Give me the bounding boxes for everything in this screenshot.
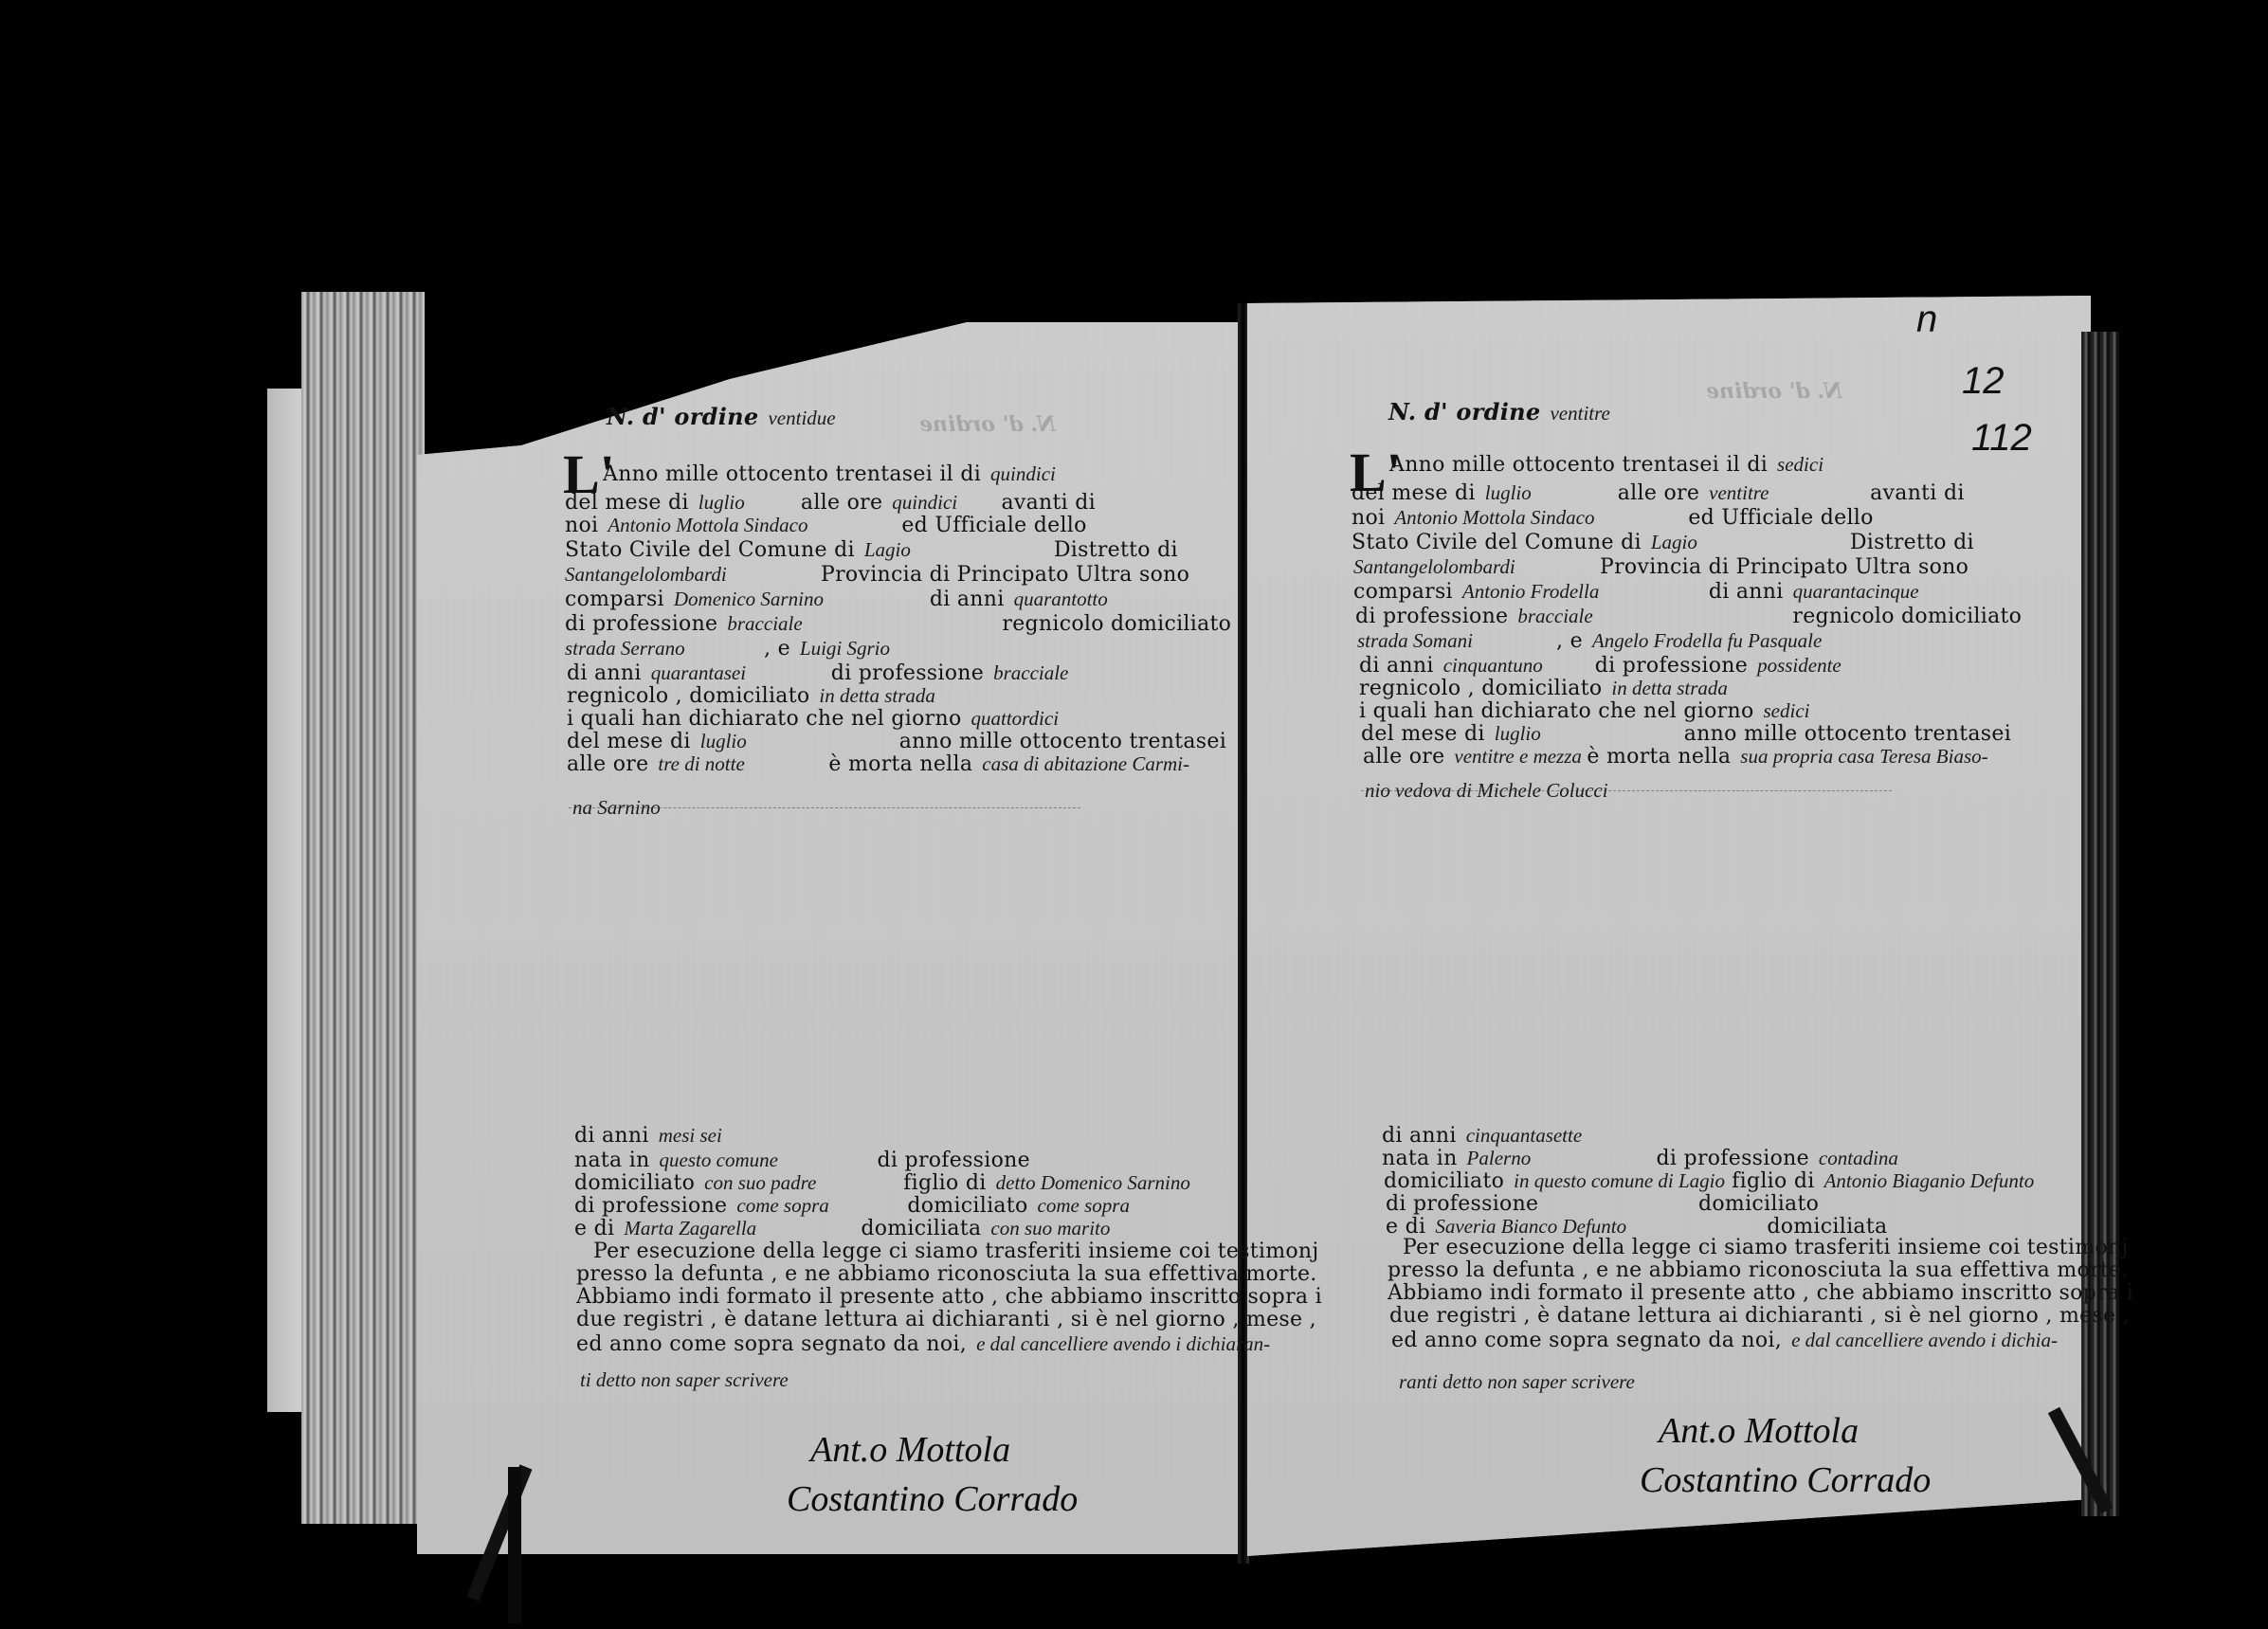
order-value: ventitre <box>1550 402 1609 425</box>
right-closing-1: Per esecuzione della legge ci siamo tras… <box>1403 1238 2129 1258</box>
bleed-through-left: N. d' ordine <box>919 412 1056 437</box>
left-lower-1: di anni mesi sei <box>574 1124 722 1148</box>
left-rule-line <box>569 807 1080 808</box>
right-line-5: Santangelolombardi Provincia di Principa… <box>1353 555 1969 579</box>
corner-mark-12: 12 <box>1962 360 2005 403</box>
right-line-3: noi Antonio Mottola Sindaco ed Ufficiale… <box>1352 506 1874 530</box>
left-line-2: del mese di luglio alle ore quindici ava… <box>565 491 1096 515</box>
left-closing-1: Per esecuzione della legge ci siamo tras… <box>593 1241 1319 1262</box>
right-line-11: i quali han dichiarato che nel giorno se… <box>1359 699 1809 723</box>
left-closing-4: due registri , è datane lettura ai dichi… <box>576 1310 1316 1330</box>
right-closing-3: Abbiamo indi formato il presente atto , … <box>1388 1283 2133 1304</box>
left-closing-5: ed anno come sopra segnato da noi, e dal… <box>576 1332 1270 1356</box>
right-line-6: comparsi Antonio Frodella di anni quaran… <box>1353 580 1919 604</box>
left-closing-hand-2: ti detto non saper scrivere <box>580 1370 789 1390</box>
bleed-through-right: N. d' ordine <box>1706 379 1842 404</box>
right-line-1: Anno mille ottocento trentasei il di sed… <box>1389 453 1823 477</box>
right-closing-2: presso la defunta , e ne abbiamo riconos… <box>1388 1260 2129 1281</box>
right-lower-1: di anni cinquantasette <box>1382 1124 1582 1148</box>
left-lower-2: nata in questo comune di professione <box>574 1149 1030 1172</box>
corner-mark-n: n <box>1916 299 1937 341</box>
right-signature-clerk: Costantino Corrado <box>1640 1459 1931 1501</box>
right-line-4: Stato Civile del Comune di Lagio Distret… <box>1352 531 1974 554</box>
left-line-13: alle ore tre di notte è morta nella casa… <box>567 752 1189 776</box>
left-signature-mayor: Ant.o Mottola <box>810 1429 1010 1471</box>
left-order-number: N. d' ordine ventidue <box>607 403 836 430</box>
right-closing-5: ed anno come sopra segnato da noi, e dal… <box>1391 1329 2058 1352</box>
left-line-6: comparsi Domenico Sarnino di anni quaran… <box>565 588 1108 611</box>
left-line-10: regnicolo , domiciliato in detta strada <box>567 684 935 708</box>
left-lower-4: di professione come sopra domiciliato co… <box>574 1194 1130 1218</box>
right-line-7: di professione bracciale regnicolo domic… <box>1355 605 2022 628</box>
left-line-11: i quali han dichiarato che nel giorno qu… <box>567 707 1059 731</box>
right-line-9: di anni cinquantuno di professione possi… <box>1359 654 1842 678</box>
left-closing-3: Abbiamo indi formato il presente atto , … <box>576 1287 1322 1308</box>
order-label: N. d' ordine <box>1388 398 1540 425</box>
right-closing-4: due registri , è datane lettura ai dichi… <box>1389 1306 2130 1327</box>
right-rule-line <box>1361 790 1892 791</box>
right-signature-mayor: Ant.o Mottola <box>1659 1410 1859 1452</box>
book-page-stack <box>301 292 425 1524</box>
right-closing-hand-2: ranti detto non saper scrivere <box>1399 1372 1635 1392</box>
right-lower-3: domiciliato in questo comune di Lagio fi… <box>1384 1169 2034 1193</box>
left-line-7: di professione bracciale regnicolo domic… <box>565 612 1231 636</box>
order-value: ventidue <box>768 407 835 430</box>
open-register-book: N. d' ordine N. d' ordine n 12 112 N. d'… <box>0 0 2268 1629</box>
left-lower-5: e di Marta Zagarella domiciliata con suo… <box>574 1217 1110 1240</box>
left-line-4: Stato Civile del Comune di Lagio Distret… <box>565 538 1178 562</box>
ribbon-marker-left-2 <box>508 1467 521 1623</box>
order-label: N. d' ordine <box>607 403 758 430</box>
right-line-12: del mese di luglio anno mille ottocento … <box>1361 722 2011 746</box>
left-line-9: di anni quarantasei di professione bracc… <box>567 661 1068 685</box>
right-line-13: alle ore ventitre e mezza è morta nella … <box>1363 745 1988 769</box>
corner-mark-112: 112 <box>1971 417 2032 460</box>
book-right-edge <box>2081 332 2119 1516</box>
left-line-8: strada Serrano , e Luigi Sgrio <box>565 637 890 661</box>
left-line-5: Santangelolombardi Provincia di Principa… <box>565 563 1189 587</box>
right-line-8: strada Somani , e Angelo Frodella fu Pas… <box>1357 629 1822 653</box>
left-closing-2: presso la defunta , e ne abbiamo riconos… <box>576 1264 1317 1285</box>
right-order-number: N. d' ordine ventitre <box>1388 398 1610 425</box>
right-lower-2: nata in Palerno di professione contadina <box>1382 1147 1898 1170</box>
right-line-2: del mese di luglio alle ore ventitre ava… <box>1352 481 1965 505</box>
left-lower-3: domiciliato con suo padre figlio di dett… <box>574 1171 1190 1195</box>
left-line-3: noi Antonio Mottola Sindaco ed Ufficiale… <box>565 514 1087 537</box>
left-line-12: del mese di luglio anno mille ottocento … <box>567 730 1226 753</box>
left-line-1: Anno mille ottocento trentasei il di qui… <box>603 462 1056 486</box>
left-signature-clerk: Costantino Corrado <box>787 1478 1078 1520</box>
right-lower-4: di professione domiciliato <box>1386 1192 1819 1216</box>
right-line-10: regnicolo , domiciliato in detta strada <box>1359 677 1728 700</box>
